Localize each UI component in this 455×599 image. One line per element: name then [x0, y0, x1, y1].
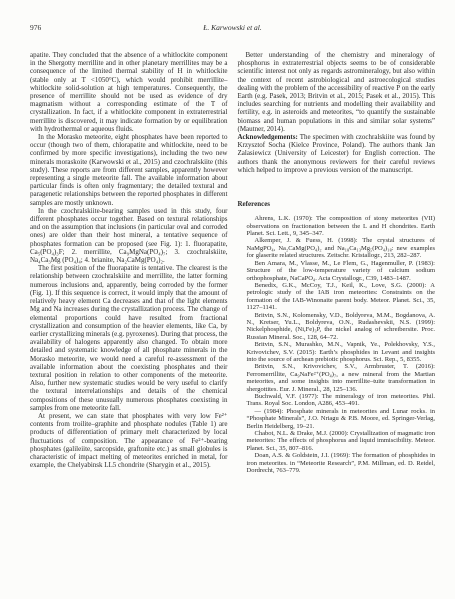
left-column: apatite. They concluded that the absence… — [30, 51, 228, 474]
journal-page: 976 Ł. Karwowski et al. apatite. They co… — [0, 0, 455, 599]
body-paragraph: Better understanding of the chemistry an… — [238, 51, 436, 133]
reference-entry: — (1984): Phosphate minerals in meteorit… — [238, 408, 436, 430]
acknowledgements-paragraph: Acknowledgements: The specimen with czoc… — [238, 133, 436, 174]
body-paragraph: In the Morasko meteorite, eight phosphat… — [30, 133, 228, 207]
body-paragraph: In the czochralskiite-bearing samples us… — [30, 207, 228, 264]
acknowledgements-label: Acknowledgements: — [238, 133, 298, 141]
reference-entry: Britvin, S.N., Krivovichev, S.V., Armbru… — [238, 363, 436, 393]
right-column: Better understanding of the chemistry an… — [238, 51, 436, 474]
reference-entry: Buchwald, V.F. (1977): The mineralogy of… — [238, 393, 436, 408]
text-columns: apatite. They concluded that the absence… — [30, 51, 435, 474]
references-heading: References — [238, 200, 436, 208]
page-header: 976 Ł. Karwowski et al. — [30, 22, 435, 34]
reference-entry: Doan, A.S. & Goldstein, J.I. (1969): The… — [238, 452, 436, 474]
body-paragraph: apatite. They concluded that the absence… — [30, 51, 228, 133]
body-paragraph: At present, we can state that phosphates… — [30, 412, 228, 469]
running-head: Ł. Karwowski et al. — [30, 22, 435, 34]
reference-entry: Alkemper, J. & Fuess, H. (1998): The cry… — [238, 237, 436, 259]
reference-entry: Benedix, G.K., McCoy, T.J., Keil, K., Lo… — [238, 282, 436, 312]
reference-entry: Chabot, N.L. & Drake, M.J. (2000): Cryst… — [238, 430, 436, 452]
reference-entry: Britvin, S.N., Murashko, M.N., Vapnik, Y… — [238, 341, 436, 363]
reference-entry: Britvin, S.N., Kolomensky, V.D., Boldyre… — [238, 312, 436, 342]
reference-entry: Ahrens, L.K. (1970): The composition of … — [238, 215, 436, 237]
reference-entry: Ben Amara, M., Vlasse, M., Le Flem, G., … — [238, 260, 436, 282]
body-paragraph: The first position of the fluorapatite i… — [30, 264, 228, 412]
